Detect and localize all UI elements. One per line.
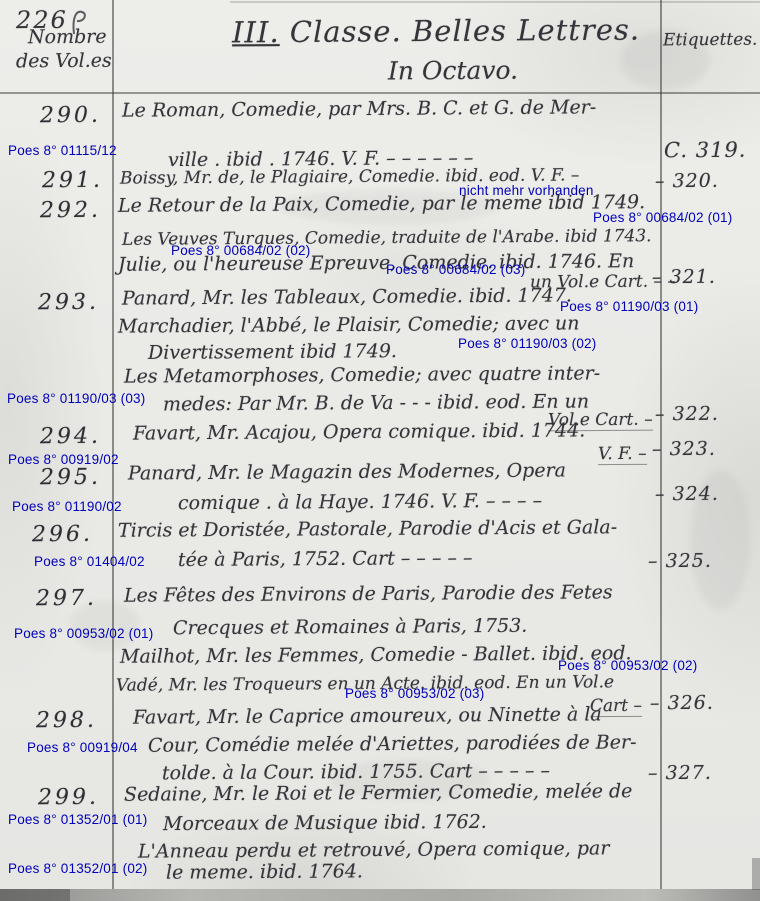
etiquette-326: – 326. bbox=[650, 692, 714, 714]
entry-number-297: 297. bbox=[36, 586, 97, 611]
shelfmark-annotation[interactable]: Poes 8° 01404/02 bbox=[34, 554, 145, 569]
entry-line: Les Metamorphoses, Comedie; avec quatre … bbox=[124, 362, 600, 387]
etiquette-324: – 324. bbox=[655, 483, 719, 505]
etiquette-323: – 323. bbox=[652, 438, 716, 460]
entry-line: comique . à la Haye. 1746. V. F. – – – – bbox=[178, 490, 542, 515]
shelfmark-annotation[interactable]: Poes 8° 01115/12 bbox=[8, 143, 117, 158]
class-numeral: III. bbox=[232, 15, 280, 49]
shelfmark-annotation[interactable]: Poes 8° 01352/01 (02) bbox=[8, 861, 147, 876]
shelfmark-annotation[interactable]: Poes 8° 01190/03 (01) bbox=[560, 299, 698, 314]
entry-line: Marchadier, l'Abbé, le Plaisir, Comedie;… bbox=[118, 312, 580, 337]
etiquette-322: – 322. bbox=[655, 403, 719, 425]
entry-number-295: 295. bbox=[40, 465, 101, 490]
shelfmark-annotation[interactable]: Poes 8° 00953/02 (02) bbox=[558, 658, 697, 673]
shelfmark-annotation[interactable]: Poes 8° 00684/02 (03) bbox=[386, 262, 525, 277]
entry-line: Mailhot, Mr. les Femmes, Comedie - Balle… bbox=[120, 642, 632, 668]
page-title: III. Classe. Belles Lettres. bbox=[232, 13, 640, 50]
volumes-column-header-2: des Vol.es bbox=[16, 50, 112, 73]
etiquette-320: – 320. bbox=[655, 170, 719, 192]
volumes-column-header: Nombre bbox=[28, 26, 107, 49]
entry-line: Sedaine, Mr. le Roi et le Fermier, Comed… bbox=[124, 780, 633, 806]
shelfmark-annotation[interactable]: Poes 8° 00953/02 (03) bbox=[345, 686, 484, 701]
etiquette-325: – 325. bbox=[648, 550, 712, 572]
shelfmark-annotation[interactable]: Poes 8° 00684/02 (02) bbox=[171, 243, 310, 258]
entry-line: L'Anneau perdu et retrouvé, Opera comiqu… bbox=[138, 837, 610, 862]
entry-number-299: 299. bbox=[38, 785, 99, 810]
shelfmark-annotation[interactable]: Poes 8° 00684/02 (01) bbox=[593, 210, 732, 225]
shelfmark-annotation[interactable]: Poes 8° 00919/02 bbox=[8, 452, 119, 467]
entry-line: Crecques et Romaines à Paris, 1753. bbox=[173, 615, 527, 639]
entry-number-298: 298. bbox=[36, 708, 97, 733]
entry-number-294: 294. bbox=[40, 424, 101, 449]
left-column-divider bbox=[112, 0, 114, 890]
scan-edge-mark bbox=[752, 858, 760, 890]
etiquettes-column-header: Etiquettes. bbox=[663, 30, 758, 51]
entry-line: Les Fêtes des Environs de Paris, Parodie… bbox=[124, 581, 613, 606]
entry-line: medes: Par Mr. B. de Va - - - ibid. eod.… bbox=[163, 391, 589, 416]
entry-line: tée à Paris, 1752. Cart – – – – – bbox=[178, 547, 473, 571]
entry-line: V. F. – bbox=[598, 444, 647, 465]
entry-line: Tircis et Doristée, Pastorale, Parodie d… bbox=[118, 516, 617, 541]
volumes-header-line2: des Vol.es bbox=[16, 50, 112, 73]
entry-line: Morceaux de Musique ibid. 1762. bbox=[163, 811, 487, 835]
entry-number-296: 296. bbox=[32, 522, 93, 547]
availability-note[interactable]: nicht mehr vorhanden bbox=[459, 183, 594, 198]
entry-number-290: 290. bbox=[40, 103, 101, 128]
shelfmark-annotation[interactable]: Poes 8° 01190/03 (03) bbox=[7, 391, 145, 406]
etiquette-319: C. 319. bbox=[664, 138, 747, 163]
entry-line: Panard, Mr. le Magazin des Modernes, Ope… bbox=[128, 459, 566, 484]
shelfmark-annotation[interactable]: Poes 8° 00919/04 bbox=[27, 740, 138, 755]
volumes-header-line1: Nombre bbox=[28, 26, 107, 49]
etiquette-321: – 321. bbox=[652, 266, 716, 288]
shelfmark-annotation[interactable]: Poes 8° 01352/01 (01) bbox=[8, 812, 147, 827]
entry-line: Favart, Mr. Acajou, Opera comique. ibid.… bbox=[133, 419, 585, 444]
entry-number-292: 292. bbox=[40, 198, 101, 223]
page-subtitle: In Octavo. bbox=[388, 56, 518, 86]
shelfmark-annotation[interactable]: Poes 8° 00953/02 (01) bbox=[14, 626, 153, 641]
scan-bottom-edge bbox=[0, 889, 760, 901]
entry-number-293: 293. bbox=[38, 290, 99, 315]
top-edge-rule bbox=[230, 1, 760, 3]
header-rule bbox=[0, 92, 760, 94]
entry-line: Cour, Comédie melée d'Ariettes, parodiée… bbox=[148, 731, 637, 756]
catalog-page-scan: 226 Nombre des Vol.es III. Classe. Belle… bbox=[0, 0, 760, 901]
scan-edge-mark bbox=[0, 889, 70, 901]
entry-line: le meme. ibid. 1764. bbox=[166, 860, 363, 883]
etiquette-327: – 327. bbox=[648, 762, 712, 784]
entry-line: Divertissement ibid 1749. bbox=[148, 340, 397, 364]
entry-number-291: 291. bbox=[42, 168, 103, 193]
shelfmark-annotation[interactable]: Poes 8° 01190/02 bbox=[12, 499, 122, 514]
class-title-text: Classe. Belles Lettres. bbox=[290, 13, 640, 49]
entry-line: Le Roman, Comedie, par Mrs. B. C. et G. … bbox=[122, 96, 596, 121]
entry-line: Favart, Mr. le Caprice amoureux, ou Nine… bbox=[133, 703, 602, 728]
shelfmark-annotation[interactable]: Poes 8° 01190/03 (02) bbox=[458, 336, 596, 351]
entry-line: Panard, Mr. les Tableaux, Comedie. ibid.… bbox=[122, 284, 572, 309]
